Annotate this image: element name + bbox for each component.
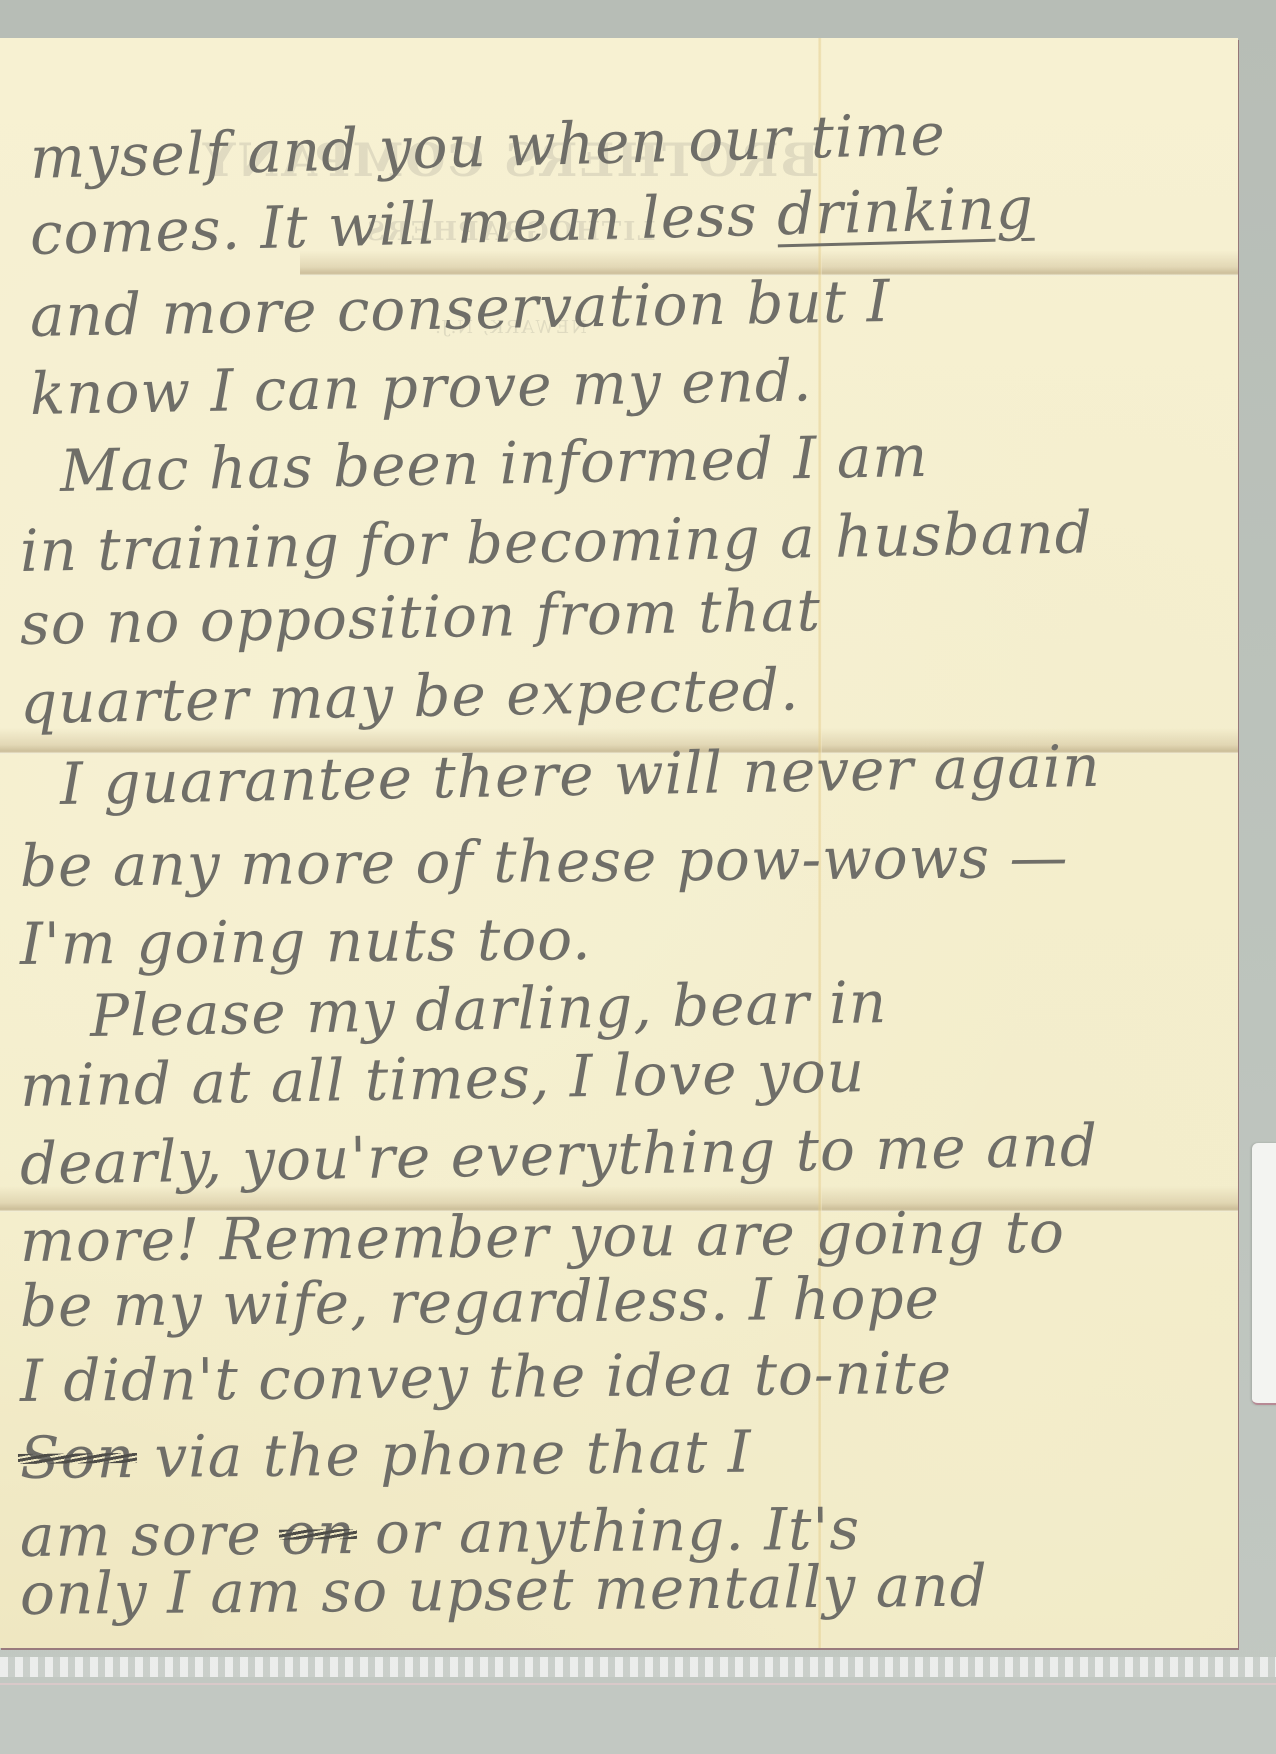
sleeve-edge [0,1683,1276,1685]
line-text: Mac has been informed I am [59,422,928,505]
line-text: mind at all times, I love you [19,1037,865,1120]
line-text: comes. It will mean less [29,180,778,268]
letter-line: dearly, you're everything to me and [19,1111,1098,1198]
underlined-word: drinking [776,174,1035,249]
line-text: via the phone that I [135,1418,752,1491]
letter-line: I guarantee there will never again [59,732,1101,818]
letter-line: be any more of these pow-wows — [20,823,1069,900]
sleeve-tab [1252,1143,1276,1405]
letter-line: be my wife, regardless. I hope [20,1264,940,1340]
handwritten-text: myself and you when our timecomes. It wi… [0,38,1238,1648]
letter-line: so no opposition from that [19,576,821,658]
letter-line: Mac has been informed I am [59,422,928,505]
line-text: myself and you when our time [29,100,946,192]
line-text: be my wife, regardless. I hope [20,1264,940,1340]
line-text: be any more of these pow-wows — [20,823,1069,900]
line-text: I'm going nuts too. [20,905,592,978]
line-text: dearly, you're everything to me and [19,1111,1098,1198]
line-text: and more conservation but I [29,267,891,350]
line-text: so no opposition from that [19,576,821,658]
line-text: I guarantee there will never again [59,732,1101,818]
letter-line: Son via the phone that I [20,1418,752,1492]
letter-line: I'm going nuts too. [20,905,592,978]
struck-word: Son [20,1423,136,1492]
letter-line: in training for becoming a husband [19,498,1093,585]
letter-line: and more conservation but I [29,267,891,350]
letter-line: quarter may be expected. [19,655,799,737]
line-text: quarter may be expected. [19,655,799,737]
sleeve-perforation [0,1657,1276,1677]
letter-line: only I am so upset mentally and [20,1552,988,1628]
line-text: I didn't convey the idea to-nite [20,1339,953,1415]
letter-line: Please my darling, bear in [89,968,887,1050]
letter-line: myself and you when our time [29,100,946,192]
letter-line: know I can prove my end. [29,346,813,428]
line-text: know I can prove my end. [29,346,813,428]
line-text: in training for becoming a husband [19,498,1093,585]
letter-page: BROTHERS COMPANY LITHOGRAPHERS NEWARK, N… [0,38,1238,1648]
line-text: only I am so upset mentally and [20,1552,988,1628]
letter-line: mind at all times, I love you [19,1037,865,1120]
line-text: Please my darling, bear in [89,968,887,1050]
letter-line: I didn't convey the idea to-nite [20,1339,953,1415]
